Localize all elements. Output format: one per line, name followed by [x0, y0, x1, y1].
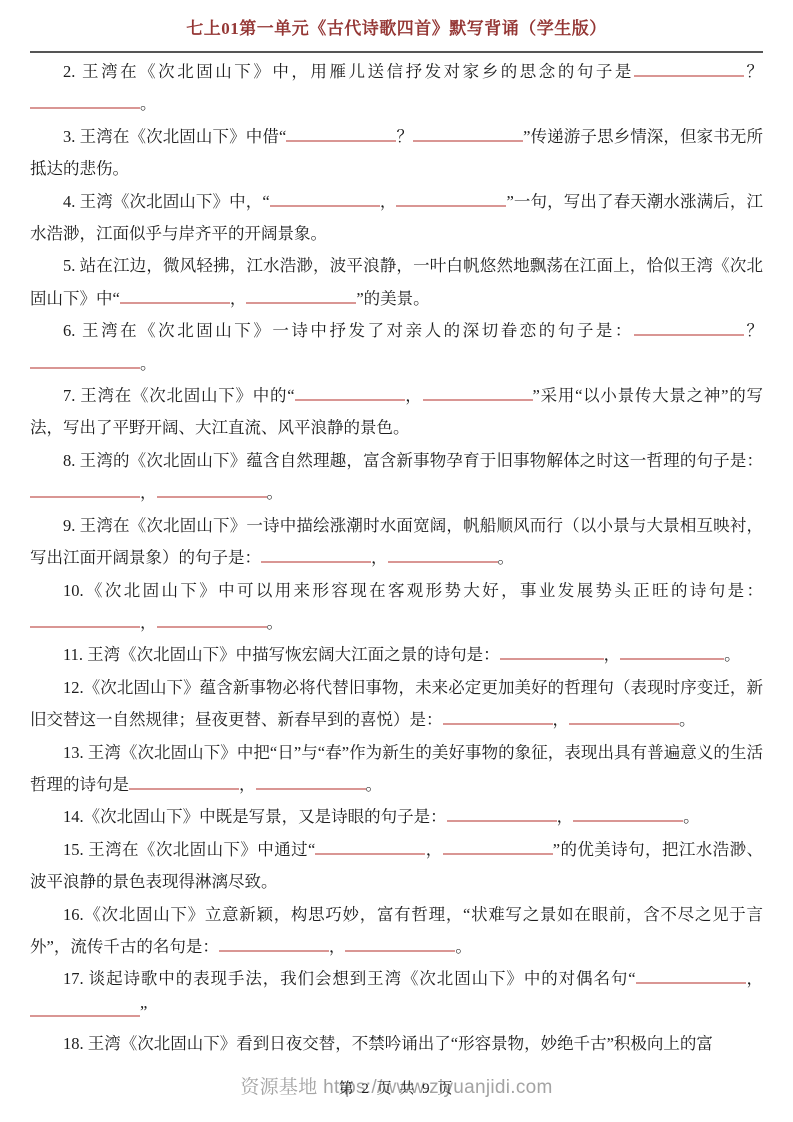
answer-blank [30, 354, 140, 369]
question-text: 18. 王湾《次北固山下》看到日夜交替，不禁吟诵出了“形容景物，妙绝千古”积极向… [63, 1034, 713, 1053]
answer-blank [256, 775, 366, 790]
question-text: ， [329, 937, 346, 956]
answer-blank [315, 840, 425, 855]
question-text: ”的美景。 [356, 289, 429, 308]
question-18: 18. 王湾《次北固山下》看到日夜交替，不禁吟诵出了“形容景物，妙绝千古”积极向… [30, 1028, 763, 1060]
question-13: 13. 王湾《次北固山下》中把“日”与“春”作为新生的美好事物的象征，表现出具有… [30, 737, 763, 802]
question-text: 。 [679, 710, 696, 729]
answer-blank [573, 807, 683, 822]
question-text: ， [239, 775, 256, 794]
question-text: ， [425, 840, 442, 859]
question-text: 。 [683, 807, 700, 826]
question-text: 。 [140, 354, 157, 373]
question-text: 14.《次北固山下》中既是写景，又是诗眼的句子是： [63, 807, 447, 826]
question-text: 。 [267, 613, 284, 632]
question-text: 2. 王湾在《次北固山下》中，用雁儿送信抒发对家乡的思念的句子是 [63, 62, 634, 81]
question-text: 10.《次北固山下》中可以用来形容现在客观形势大好，事业发展势头正旺的诗句是： [63, 581, 763, 600]
question-2: 2. 王湾在《次北固山下》中，用雁儿送信抒发对家乡的思念的句子是？。 [30, 56, 763, 121]
question-9: 9. 王湾在《次北固山下》一诗中描绘涨潮时水面宽阔，帆船顺风而行（以小景与大景相… [30, 510, 763, 575]
question-text: 。 [267, 483, 284, 502]
question-6: 6. 王湾在《次北固山下》一诗中抒发了对亲人的深切眷恋的句子是：？。 [30, 315, 763, 380]
question-text: 。 [455, 937, 472, 956]
question-text: ， [746, 969, 763, 988]
question-text: ， [405, 386, 423, 405]
question-text: ， [230, 289, 247, 308]
answer-blank [620, 645, 724, 660]
question-14: 14.《次北固山下》中既是写景，又是诗眼的句子是：，。 [30, 801, 763, 833]
question-text: ， [380, 192, 397, 211]
question-3: 3. 王湾在《次北固山下》中借“？”传递游子思乡情深，但家书无所抵达的悲伤。 [30, 121, 763, 186]
question-8: 8. 王湾的《次北固山下》蕴含自然理趣，富含新事物孕育于旧事物解体之时这一哲理的… [30, 445, 763, 510]
question-text: ？ [744, 321, 763, 340]
question-4: 4. 王湾《次北固山下》中，“，”一句，写出了春天潮水涨满后，江水浩渺，江面似乎… [30, 186, 763, 251]
question-text: 15. 王湾在《次北固山下》中通过“ [63, 840, 315, 859]
answer-blank [30, 613, 140, 628]
answer-blank [270, 192, 380, 207]
answer-blank [443, 840, 553, 855]
page-header: 七上01第一单元《古代诗歌四首》默写背诵（学生版） [0, 0, 793, 53]
question-text: ？ [396, 127, 413, 146]
question-text: ， [553, 710, 570, 729]
answer-blank [30, 94, 140, 109]
answer-blank [157, 483, 267, 498]
question-text: 。 [724, 645, 741, 664]
answer-blank [634, 321, 744, 336]
questions: 2. 王湾在《次北固山下》中，用雁儿送信抒发对家乡的思念的句子是？。3. 王湾在… [0, 53, 793, 1061]
answer-blank [396, 192, 506, 207]
answer-blank [295, 386, 405, 401]
question-text: 。 [140, 94, 157, 113]
question-5: 5. 站在江边，微风轻拂，江水浩渺，波平浪静，一叶白帆悠然地飘荡在江面上，恰似王… [30, 250, 763, 315]
answer-blank [345, 937, 455, 952]
page-number: 第 2 页 共 9 页 [0, 1077, 793, 1098]
page-footer: 资源基地 https://www.ziyuanjidi.com 第 2 页 共 … [0, 1070, 793, 1104]
question-text: ？ [744, 62, 763, 81]
answer-blank [569, 710, 679, 725]
answer-blank [413, 127, 523, 142]
answer-blank [443, 710, 553, 725]
answer-blank [120, 289, 230, 304]
question-text: 4. 王湾《次北固山下》中，“ [63, 192, 270, 211]
question-text: 3. 王湾在《次北固山下》中借“ [63, 127, 286, 146]
answer-blank [388, 548, 498, 563]
page-title: 七上01第一单元《古代诗歌四首》默写背诵（学生版） [30, 16, 763, 42]
answer-blank [30, 1002, 140, 1017]
question-text: ， [557, 807, 574, 826]
answer-blank [423, 386, 533, 401]
question-text: ， [140, 483, 157, 502]
question-12: 12.《次北固山下》蕴含新事物必将代替旧事物，未来必定更加美好的哲理句（表现时序… [30, 672, 763, 737]
worksheet-page: 七上01第一单元《古代诗歌四首》默写背诵（学生版） 2. 王湾在《次北固山下》中… [0, 0, 793, 1122]
question-16: 16.《次北固山下》立意新颖，构思巧妙，富有哲理，“状难写之景如在眼前，含不尽之… [30, 899, 763, 964]
answer-blank [219, 937, 329, 952]
question-text: 。 [498, 548, 515, 567]
question-text: 7. 王湾在《次北固山下》中的“ [63, 386, 295, 405]
question-17: 17. 谈起诗歌中的表现手法，我们会想到王湾《次北固山下》中的对偶名句“，” [30, 963, 763, 1028]
answer-blank [286, 127, 396, 142]
answer-blank [261, 548, 371, 563]
answer-blank [157, 613, 267, 628]
question-11: 11. 王湾《次北固山下》中描写恢宏阔大江面之景的诗句是：，。 [30, 639, 763, 671]
answer-blank [500, 645, 604, 660]
question-text: 11. 王湾《次北固山下》中描写恢宏阔大江面之景的诗句是： [63, 645, 500, 664]
answer-blank [246, 289, 356, 304]
answer-blank [447, 807, 557, 822]
answer-blank [634, 62, 744, 77]
question-text: ” [140, 1002, 147, 1021]
answer-blank [636, 969, 746, 984]
question-text: ， [604, 645, 621, 664]
answer-blank [129, 775, 239, 790]
question-text: 17. 谈起诗歌中的表现手法，我们会想到王湾《次北固山下》中的对偶名句“ [63, 969, 636, 988]
question-text: ， [371, 548, 388, 567]
question-text: 6. 王湾在《次北固山下》一诗中抒发了对亲人的深切眷恋的句子是： [63, 321, 634, 340]
question-15: 15. 王湾在《次北固山下》中通过“，”的优美诗句，把江水浩渺、波平浪静的景色表… [30, 834, 763, 899]
question-text: 。 [366, 775, 383, 794]
question-7: 7. 王湾在《次北固山下》中的“，”采用“以小景传大景之神”的写法，写出了平野开… [30, 380, 763, 445]
question-text: ， [140, 613, 157, 632]
answer-blank [30, 483, 140, 498]
question-text: 8. 王湾的《次北固山下》蕴含自然理趣，富含新事物孕育于旧事物解体之时这一哲理的… [63, 451, 763, 470]
question-10: 10.《次北固山下》中可以用来形容现在客观形势大好，事业发展势头正旺的诗句是：，… [30, 575, 763, 640]
